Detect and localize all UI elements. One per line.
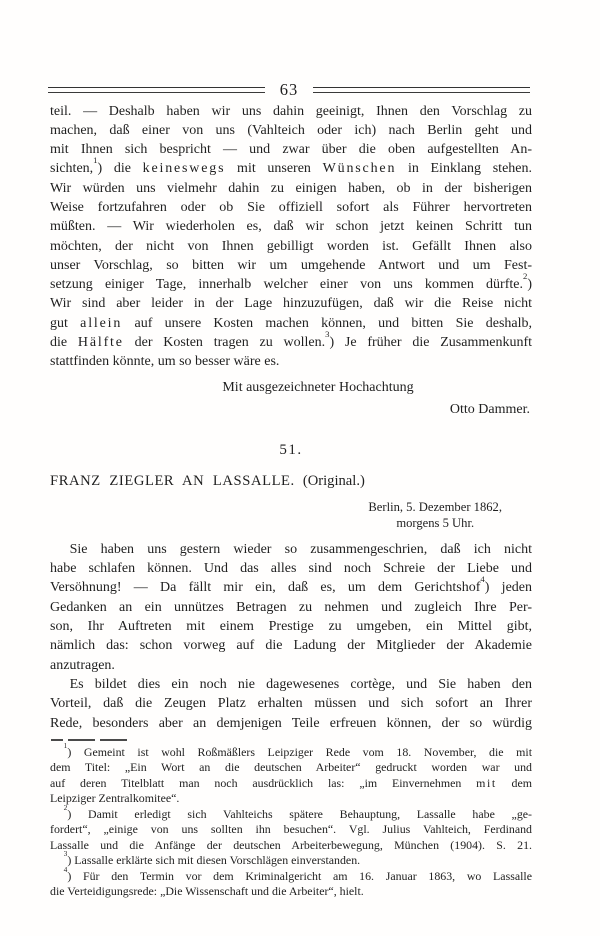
text-column: teil. — Deshalb haben wir uns dahin geei… [50,102,532,900]
text-segment: ) Lassalle erklärte sich mit diesen Vors… [67,853,360,867]
footnote-marker: 4 [64,865,68,874]
spaced-emphasis-text: Hälfte [78,335,124,350]
footnote-marker: 3 [64,849,68,858]
text-segment: gut [50,316,80,331]
text-segment: nämlich das: schon vorweg auf die Ladung… [50,638,532,653]
letter-signature: Otto Dammer. [50,400,532,419]
text-segment: teil. — Deshalb haben wir uns dahin geei… [50,104,532,119]
text-line: son, Ihr Auftreten mit einem Prestige zu… [50,617,532,636]
paragraph: 2) Damit erledigt sich Vahlteichs später… [50,807,532,854]
running-head: 63 [48,82,530,99]
text-segment: habe schlafen können. Und das alles sind… [50,561,532,576]
spaced-emphasis-text: mit [476,776,497,790]
text-line: Vorteil, daß die Zeugen Platz erhalten m… [50,694,532,713]
text-line: dem Titel: „Ein Wort an die deutschen Ar… [50,760,532,776]
header-rule-right [313,87,530,93]
text-segment: dem Titel: „Ein Wort an die deutschen Ar… [50,760,532,774]
heading-sender-recipient: FRANZ ZIEGLER AN LASSALLE. [50,473,295,489]
text-segment: mit Ihnen sich bespricht — und zwar über… [50,142,532,157]
paragraph: Sie haben uns gestern wieder so zusammen… [50,540,532,675]
spaced-emphasis-text: allein [80,316,122,331]
text-line: Es bildet dies ein noch nie dagewesenes … [50,675,532,694]
text-segment: auf deren Titelblatt man noch ausdrückli… [50,776,476,790]
text-line: 3) Lassalle erklärte sich mit diesen Vor… [50,853,532,869]
text-segment: Weise fortzufahren oder ob Sie offiziell… [50,200,532,215]
separator-dash [100,739,127,741]
text-segment: fordert“, „einige von uns sollten ihn be… [50,822,532,836]
footnote-marker: 2 [64,803,68,812]
text-line: gut allein auf unsere Kosten machen könn… [50,314,532,333]
text-segment: ) Je früher die Zusammenkunft [329,335,532,350]
text-segment: ) die [98,161,143,176]
spaced-emphasis-text: keineswegs [143,161,226,176]
separator-dash [68,739,95,741]
letter-closing: Mit ausgezeichneter Hochachtung [50,378,532,397]
text-segment: Sie haben uns gestern wieder so zusammen… [70,542,532,557]
text-segment: Wir würden uns vielmehr dahin zu einigen… [50,181,532,196]
paragraph: Es bildet dies ein noch nie dagewesenes … [50,675,532,733]
text-segment: Es bildet dies ein noch nie dagewesenes … [70,677,532,692]
footnote-marker: 4 [480,574,484,584]
text-segment: Vorteil, daß die Zeugen Platz erhalten m… [50,696,532,711]
book-page: 63 teil. — Deshalb haben wir uns dahin g… [0,0,600,936]
dateline-time: morgens 5 Uhr. [368,515,502,532]
text-line: unser Vorschlag, so bitten wir um umgehe… [50,256,532,275]
text-line: 1) Gemeint ist wohl Roßmäßlers Leipziger… [50,745,532,761]
text-segment: Leipziger Zentralkomitee“. [50,791,179,805]
letter-continuation-paragraph: teil. — Deshalb haben wir uns dahin geei… [50,102,532,372]
footnotes: 1) Gemeint ist wohl Roßmäßlers Leipziger… [50,745,532,900]
dateline: Berlin, 5. Dezember 1862, morgens 5 Uhr. [368,499,502,532]
text-line: anzutragen. [50,656,532,675]
text-line: setzung einiger Tage, innerhalb welcher … [50,275,532,294]
text-segment: in Einklang stehen. [396,161,532,176]
text-segment: müßten. — Wir wiederholen es, daß wir sc… [50,219,532,234]
text-line: mit Ihnen sich bespricht — und zwar über… [50,140,532,159]
text-line: möchten, der nicht von Ihnen gebilligt w… [50,237,532,256]
text-line: Sie haben uns gestern wieder so zusammen… [50,540,532,559]
text-segment: der Kosten tragen zu wollen. [124,335,325,350]
text-line: Rede, besonders aber an demjenigen Teile… [50,714,532,733]
footnote-marker: 3 [325,329,329,339]
text-line: müßten. — Wir wiederholen es, daß wir sc… [50,217,532,236]
text-segment: ) jeden [485,580,532,595]
text-segment: machen, daß einer von uns (Vahlteich ode… [50,123,532,138]
text-line: die Hälfte der Kosten tragen zu wollen.3… [50,333,532,352]
footnote-marker: 2 [523,271,527,281]
page-number: 63 [278,82,301,99]
section-heading: FRANZ ZIEGLER AN LASSALLE. (Original.) [50,472,532,491]
footnote-marker: 1 [64,741,68,750]
text-line: Weise fortzufahren oder ob Sie offiziell… [50,198,532,217]
text-segment: Versöhnung! — Da fällt mir ein, daß es, … [50,580,480,595]
text-segment: stattfinden könnte, um so besser wäre es… [50,354,279,369]
text-line: Wir würden uns vielmehr dahin zu einigen… [50,179,532,198]
spaced-emphasis-text: Wünschen [323,161,397,176]
text-line: nämlich das: schon vorweg auf die Ladung… [50,636,532,655]
text-line: die Verteidigungsrede: „Die Wissenschaft… [50,884,532,900]
text-line: habe schlafen können. Und das alles sind… [50,559,532,578]
dateline-place-date: Berlin, 5. Dezember 1862, [368,499,502,516]
section-number: 51. [50,441,532,460]
text-line: stattfinden könnte, um so besser wäre es… [50,352,532,371]
text-line: Lassalle und die Anfänge der deutschen A… [50,838,532,854]
text-segment: Lassalle und die Anfänge der deutschen A… [50,838,532,852]
heading-source-note: (Original.) [303,473,365,489]
text-segment: ) Damit erledigt sich Vahlteichs spätere… [67,807,532,821]
paragraph: 4) Für den Termin vor dem Kriminalgerich… [50,869,532,900]
letter-body: Sie haben uns gestern wieder so zusammen… [50,540,532,733]
text-line: fordert“, „einige von uns sollten ihn be… [50,822,532,838]
text-line: Versöhnung! — Da fällt mir ein, daß es, … [50,578,532,597]
text-segment: die [50,335,78,350]
text-line: 4) Für den Termin vor dem Kriminalgerich… [50,869,532,885]
text-segment: ) Gemeint ist wohl Roßmäßlers Leipziger … [67,745,532,759]
header-rule-left [48,87,265,93]
text-segment: ) Für den Termin vor dem Kriminalgericht… [67,869,532,883]
text-line: sichten,1) die keineswegs mit unseren Wü… [50,159,532,178]
text-segment: die Verteidigungsrede: „Die Wissenschaft… [50,884,364,898]
text-segment: sichten, [50,161,93,176]
paragraph: 1) Gemeint ist wohl Roßmäßlers Leipziger… [50,745,532,807]
text-line: Leipziger Zentralkomitee“. [50,791,532,807]
text-line: Wir sind aber leider in der Lage hinzuzu… [50,294,532,313]
text-segment: mit unseren [225,161,322,176]
text-line: teil. — Deshalb haben wir uns dahin geei… [50,102,532,121]
text-segment: Gedanken an ein unnützes Betragen zu neh… [50,600,532,615]
text-segment: ) [527,277,532,292]
text-segment: dem [497,776,532,790]
text-segment: unser Vorschlag, so bitten wir um umgehe… [50,258,532,273]
text-segment: Rede, besonders aber an demjenigen Teile… [50,716,532,731]
text-segment: setzung einiger Tage, innerhalb welcher … [50,277,523,292]
text-line: machen, daß einer von uns (Vahlteich ode… [50,121,532,140]
text-line: 2) Damit erledigt sich Vahlteichs später… [50,807,532,823]
text-line: Gedanken an ein unnützes Betragen zu neh… [50,598,532,617]
text-segment: son, Ihr Auftreten mit einem Prestige zu… [50,619,532,634]
text-segment: anzutragen. [50,658,115,673]
footnote-separator [51,739,532,741]
text-line: auf deren Titelblatt man noch ausdrückli… [50,776,532,792]
footnote-marker: 1 [93,155,97,165]
text-segment: Wir sind aber leider in der Lage hinzuzu… [50,296,532,311]
text-segment: möchten, der nicht von Ihnen gebilligt w… [50,239,532,254]
paragraph: 3) Lassalle erklärte sich mit diesen Vor… [50,853,532,869]
separator-dash [51,739,63,741]
